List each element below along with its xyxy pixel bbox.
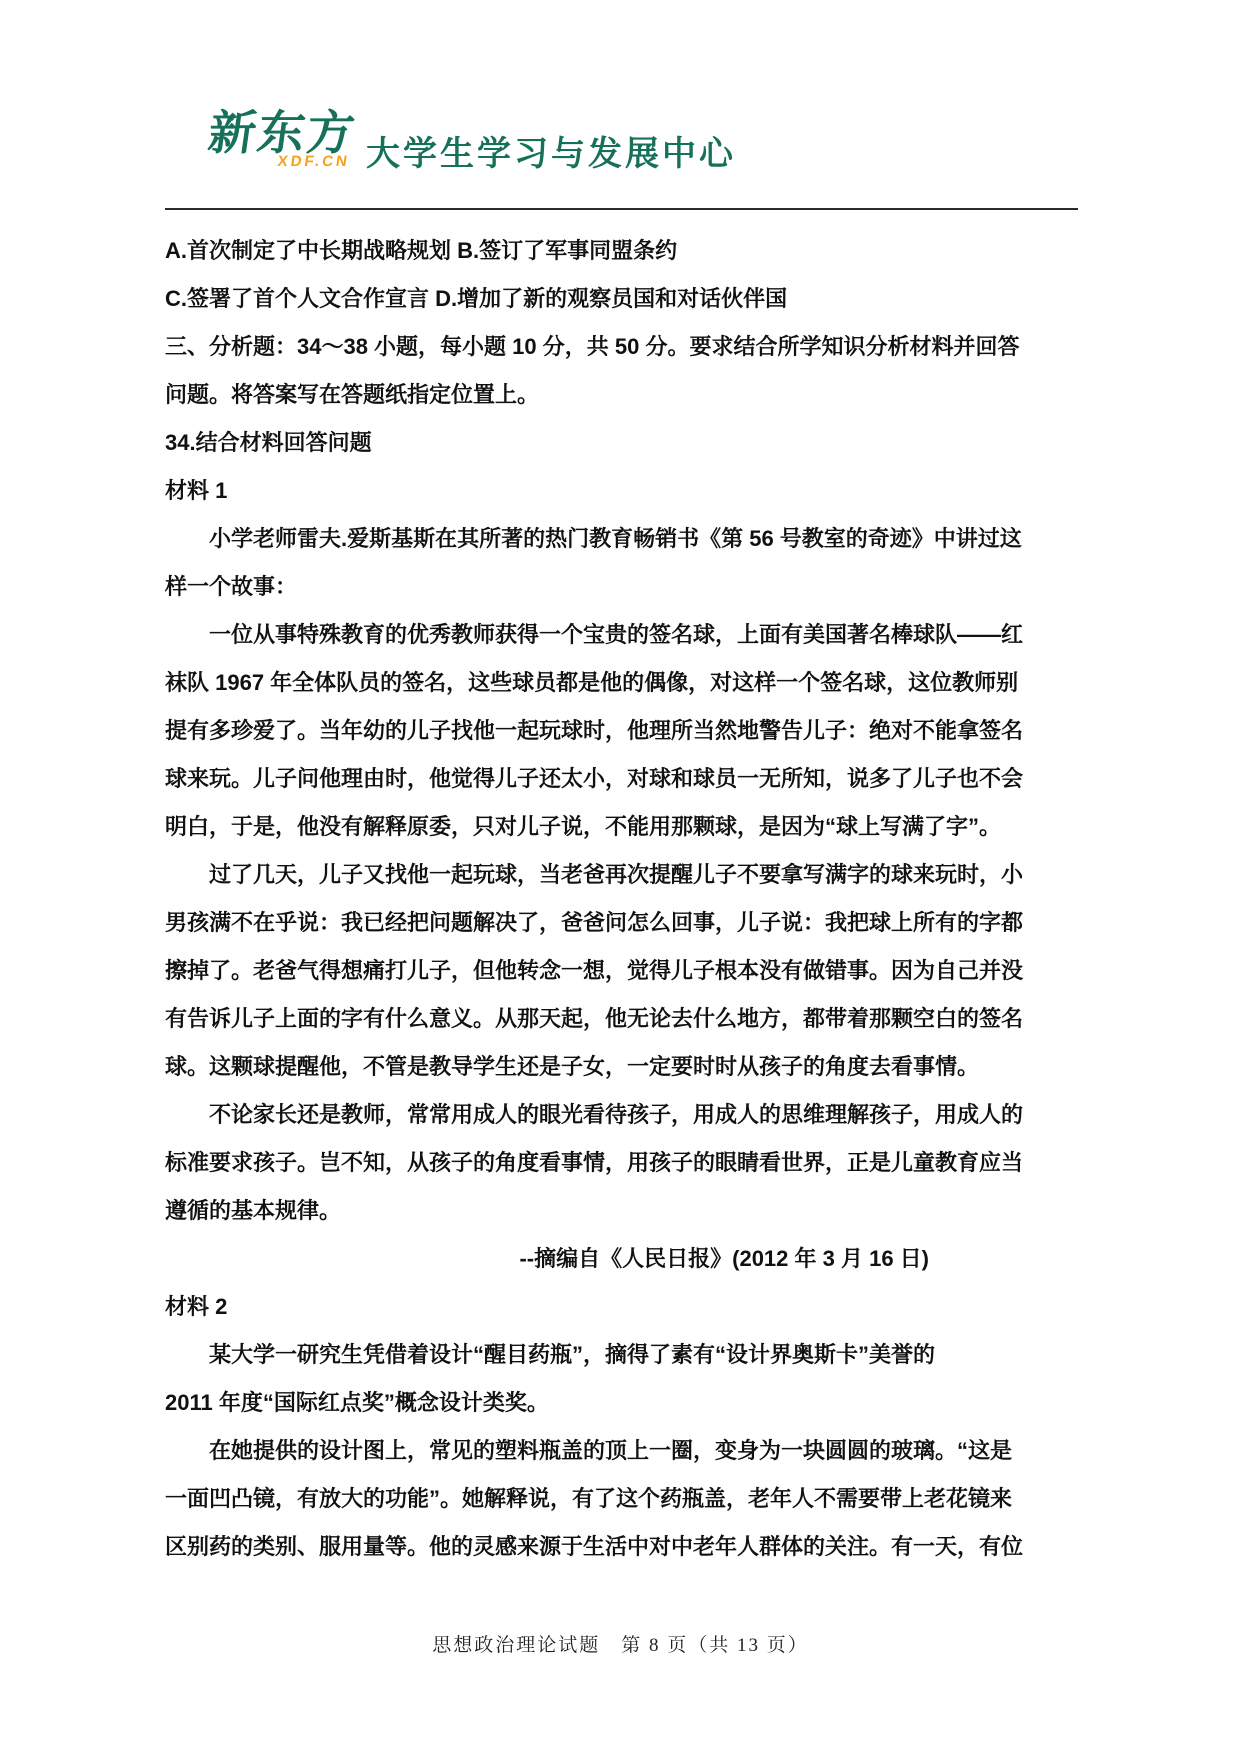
text-line: 材料 2	[165, 1283, 1077, 1331]
text-line: 三、分析题：34～38 小题，每小题 10 分，共 50 分。要求结合所学知识分…	[165, 323, 1077, 371]
text-line: 一面凹凸镜，有放大的功能”。她解释说，有了这个药瓶盖，老年人不需要带上老花镜来	[165, 1475, 1077, 1523]
page-footer: 思想政治理论试题 第 8 页（共 13 页）	[0, 1630, 1241, 1657]
center-name: 大学生学习与发展中心	[366, 126, 736, 175]
text-line: 过了几天，儿子又找他一起玩球，当老爸再次提醒儿子不要拿写满字的球来玩时，小	[165, 851, 1077, 899]
text-line: 标准要求孩子。岂不知，从孩子的角度看事情，用孩子的眼睛看世界，正是儿童教育应当	[165, 1139, 1077, 1187]
text-line: 34.结合材料回答问题	[165, 419, 1077, 467]
text-line: 样一个故事：	[165, 563, 1077, 611]
text-line: 男孩满不在乎说：我已经把问题解决了，爸爸问怎么回事，儿子说：我把球上所有的字都	[165, 899, 1077, 947]
text-line: 材料 1	[165, 467, 1077, 515]
text-line: 球来玩。儿子问他理由时，他觉得儿子还太小，对球和球员一无所知，说多了儿子也不会	[165, 755, 1077, 803]
document-body: A.首次制定了中长期战略规划 B.签订了军事同盟条约C.签署了首个人文合作宣言 …	[165, 227, 1077, 1571]
text-line: 小学老师雷夫.爱斯基斯在其所著的热门教育畅销书《第 56 号教室的奇迹》中讲过这	[165, 515, 1077, 563]
text-line: --摘编自《人民日报》(2012 年 3 月 16 日)	[165, 1235, 1077, 1283]
text-line: 不论家长还是教师，常常用成人的眼光看待孩子，用成人的思维理解孩子，用成人的	[165, 1091, 1077, 1139]
text-line: 有告诉儿子上面的字有什么意义。从那天起，他无论去什么地方，都带着那颗空白的签名	[165, 995, 1077, 1043]
text-line: 球。这颗球提醒他，不管是教导学生还是子女，一定要时时从孩子的角度去看事情。	[165, 1043, 1077, 1091]
text-line: 擦掉了。老爸气得想痛打儿子，但他转念一想，觉得儿子根本没有做错事。因为自己并没	[165, 947, 1077, 995]
text-line: 2011 年度“国际红点奖”概念设计类奖。	[165, 1379, 1077, 1427]
text-line: 某大学一研究生凭借着设计“醒目药瓶”，摘得了素有“设计界奥斯卡”美誉的	[165, 1331, 1077, 1379]
logo-text: 新东方	[205, 108, 359, 157]
header-divider	[165, 208, 1078, 210]
logo: 新东方 XDF.CN	[204, 108, 360, 170]
text-line: 袜队 1967 年全体队员的签名，这些球员都是他的偶像，对这样一个签名球，这位教…	[165, 659, 1077, 707]
text-line: 一位从事特殊教育的优秀教师获得一个宝贵的签名球，上面有美国著名棒球队——红	[165, 611, 1077, 659]
text-line: 在她提供的设计图上，常见的塑料瓶盖的顶上一圈，变身为一块圆圆的玻璃。“这是	[165, 1427, 1077, 1475]
exam-page: 新东方 XDF.CN 大学生学习与发展中心 A.首次制定了中长期战略规划 B.签…	[0, 0, 1241, 1754]
text-line: C.签署了首个人文合作宣言 D.增加了新的观察员国和对话伙伴国	[165, 275, 1077, 323]
text-line: 提有多珍爱了。当年幼的儿子找他一起玩球时，他理所当然地警告儿子：绝对不能拿签名	[165, 707, 1077, 755]
text-line: 区别药的类别、服用量等。他的灵感来源于生活中对中老年人群体的关注。有一天，有位	[165, 1523, 1077, 1571]
text-line: A.首次制定了中长期战略规划 B.签订了军事同盟条约	[165, 227, 1077, 275]
text-line: 遵循的基本规律。	[165, 1187, 1077, 1235]
text-line: 问题。将答案写在答题纸指定位置上。	[165, 371, 1077, 419]
text-line: 明白，于是，他没有解释原委，只对儿子说，不能用那颗球，是因为“球上写满了字”。	[165, 803, 1077, 851]
